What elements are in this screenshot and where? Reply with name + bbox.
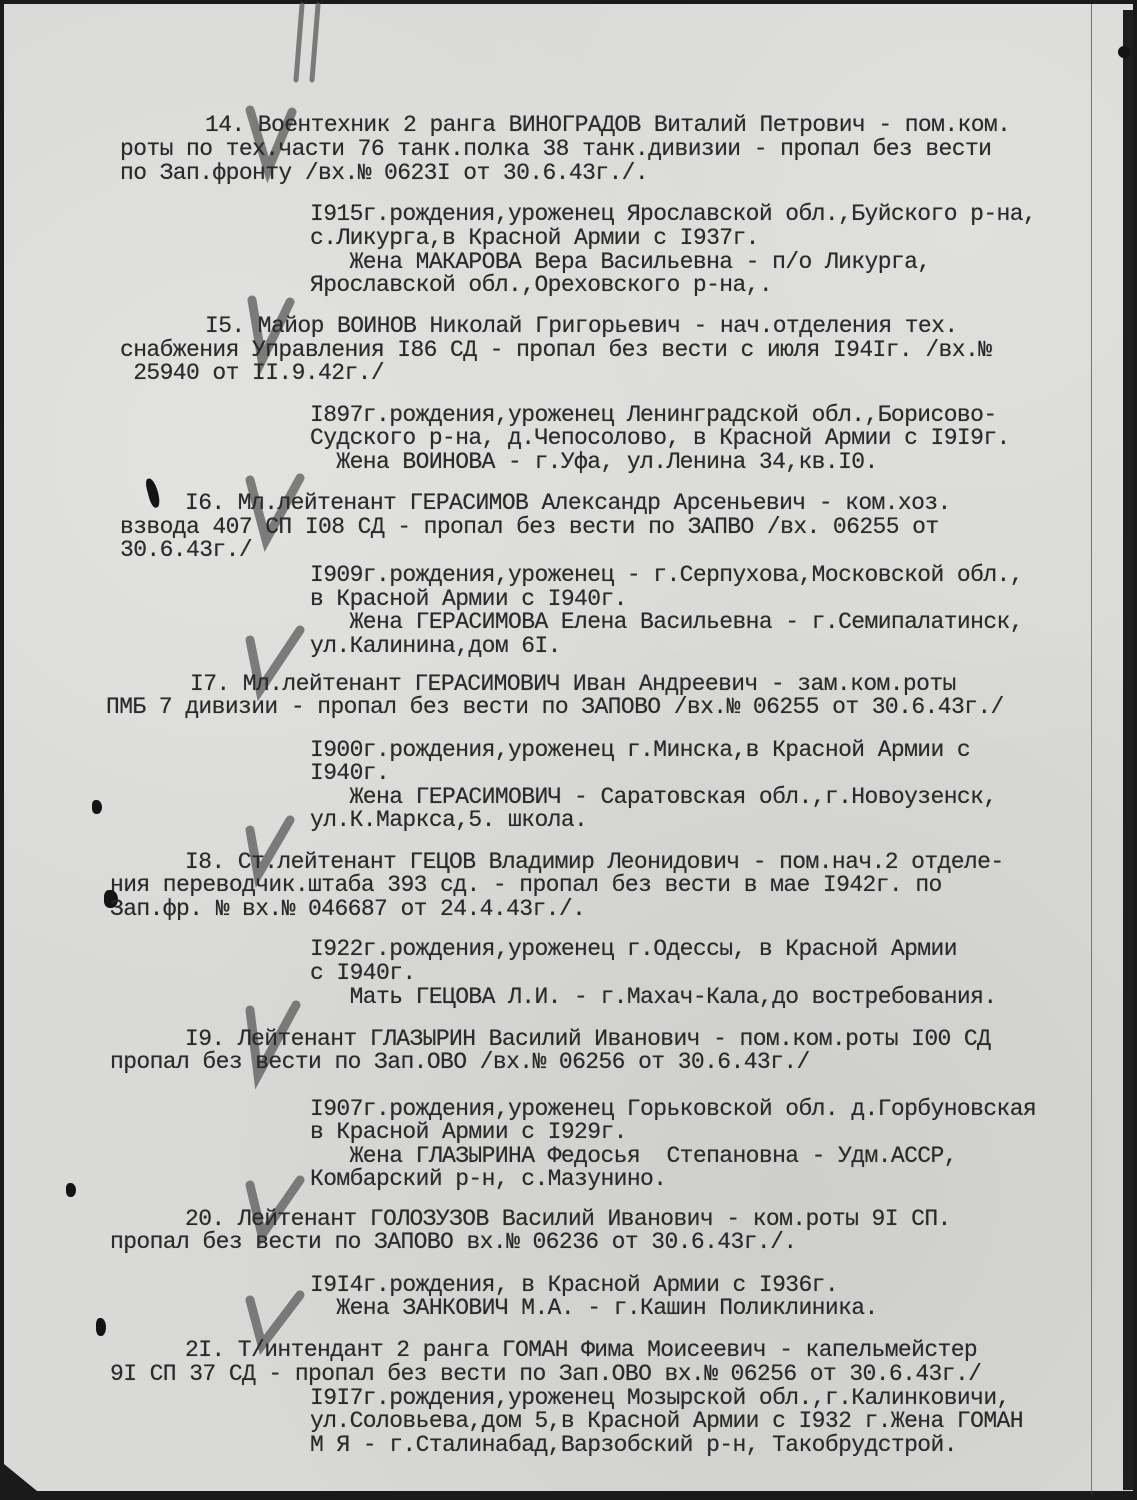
entry-17-detail-2: I940г. bbox=[310, 761, 389, 785]
entry-18-detail-2: с I940г. bbox=[310, 961, 416, 985]
entry-17-detail-3: Жена ГЕРАСИМОВИЧ - Саратовская обл.,г.Но… bbox=[310, 785, 997, 809]
entry-15-line-3: 25940 от II.9.42г./ bbox=[120, 361, 384, 385]
entry-16-detail-1: I909г.рождения,уроженец - г.Серпухова,Мо… bbox=[310, 563, 1023, 587]
entry-14-line-2: роты по тех.части 76 танк.полка 38 танк.… bbox=[120, 137, 991, 161]
entry-14-detail-3: Жена МАКАРОВА Вера Васильевна - п/о Лику… bbox=[310, 250, 931, 274]
entry-16-detail-3: Жена ГЕРАСИМОВА Елена Васильевна - г.Сем… bbox=[310, 610, 1023, 634]
entry-15-detail-2: Судского р-на, д.Чепосолово, в Красной А… bbox=[310, 426, 1010, 450]
entry-15-line-2: снабжения Управления I86 СД - пропал без… bbox=[120, 338, 991, 362]
entry-16-detail-4: ул.Калинина,дом 6I. bbox=[310, 634, 561, 658]
entry-15-detail-1: I897г.рождения,уроженец Ленинградской об… bbox=[310, 403, 997, 427]
entry-18-detail-3: Мать ГЕЦОВА Л.И. - г.Махач-Кала,до востр… bbox=[310, 985, 997, 1009]
entry-17-line-2: ПМБ 7 дивизии - пропал без вести по ЗАПО… bbox=[106, 695, 1004, 719]
entry-20-line-1: 20. Лейтенант ГОЛОЗУЗОВ Василий Иванович… bbox=[185, 1207, 951, 1231]
entry-20-detail-2: Жена ЗАНКОВИЧ М.А. - г.Кашин Поликлиника… bbox=[310, 1296, 878, 1320]
entry-15-detail-3: Жена ВОИНОВА - г.Уфа, ул.Ленина 34,кв.I0… bbox=[310, 450, 878, 474]
entry-19-detail-4: Комбарский р-н, с.Мазунино. bbox=[310, 1167, 666, 1191]
entry-16-line-1: I6. Мл.лейтенант ГЕРАСИМОВ Александр Арс… bbox=[185, 491, 951, 515]
entry-18-detail-1: I922г.рождения,уроженец г.Одессы, в Крас… bbox=[310, 937, 957, 961]
entry-14-detail-1: I915г.рождения,уроженец Ярославской обл.… bbox=[310, 202, 1036, 226]
entry-16-line-2: взвода 407 СП I08 СД - пропал без вести … bbox=[120, 515, 939, 539]
entry-18-line-1: I8. Ст.лейтенант ГЕЦОВ Владимир Леонидов… bbox=[185, 850, 1004, 874]
entry-17-detail-4: ул.К.Маркса,5. школа. bbox=[310, 808, 587, 832]
entry-21-line-2: 9I СП 37 СД - пропал без вести по Зап.ОВ… bbox=[110, 1362, 981, 1386]
entry-19-detail-2: в Красной Армии с I929г. bbox=[310, 1120, 627, 1144]
typewritten-text: 14. Воентехник 2 ранга ВИНОГРАДОВ Витали… bbox=[0, 0, 1137, 1500]
entry-18-line-2: ния переводчик.штаба 393 сд. - пропал бе… bbox=[110, 873, 942, 897]
entry-20-detail-1: I9I4г.рождения, в Красной Армии с I936г. bbox=[310, 1273, 838, 1297]
entry-14-line-3: по Зап.фронту /вх.№ 0623I от 30.6.43г./. bbox=[120, 161, 648, 185]
entry-21-detail-3: М Я - г.Сталинабад,Варзобский р-н, Такоб… bbox=[310, 1433, 957, 1457]
entry-16-line-3: 30.6.43г./ bbox=[120, 538, 252, 562]
entry-17-line-1: I7. Мл.лейтенант ГЕРАСИМОВИЧ Иван Андрее… bbox=[190, 672, 956, 696]
entry-14-line-1: 14. Воентехник 2 ранга ВИНОГРАДОВ Витали… bbox=[205, 113, 1010, 137]
entry-21-detail-2: ул.Соловьева,дом 5,в Красной Армии с I93… bbox=[310, 1409, 1023, 1433]
entry-19-line-2: пропал без вести по Зап.ОВО /вх.№ 06256 … bbox=[110, 1050, 810, 1074]
entry-17-detail-1: I900г.рождения,уроженец г.Минска,в Красн… bbox=[310, 738, 970, 762]
entry-14-detail-4: Ярославской обл.,Ореховского р-на,. bbox=[310, 273, 772, 297]
entry-19-detail-1: I907г.рождения,уроженец Горьковской обл.… bbox=[310, 1097, 1036, 1121]
entry-19-detail-3: Жена ГЛАЗЫРИНА Федосья Степановна - Удм.… bbox=[310, 1144, 957, 1168]
entry-21-line-1: 2I. Т/интендант 2 ранга ГОМАН Фима Моисе… bbox=[185, 1338, 977, 1362]
entry-14-detail-2: с.Ликурга,в Красной Армии с I937г. bbox=[310, 226, 759, 250]
entry-15-line-1: I5. Майор ВОИНОВ Николай Григорьевич - н… bbox=[205, 314, 958, 338]
entry-18-line-3: Зап.фр. № вх.№ 046687 от 24.4.43г./. bbox=[110, 897, 585, 921]
entry-16-detail-2: в Красной Армии с I940г. bbox=[310, 587, 627, 611]
entry-20-line-2: пропал без вести по ЗАПОВО вх.№ 06236 от… bbox=[110, 1230, 797, 1254]
entry-21-detail-1: I9I7г.рождения,уроженец Мозырской обл.,г… bbox=[310, 1386, 1010, 1410]
entry-19-line-1: I9. Лейтенант ГЛАЗЫРИН Василий Иванович … bbox=[185, 1027, 990, 1051]
